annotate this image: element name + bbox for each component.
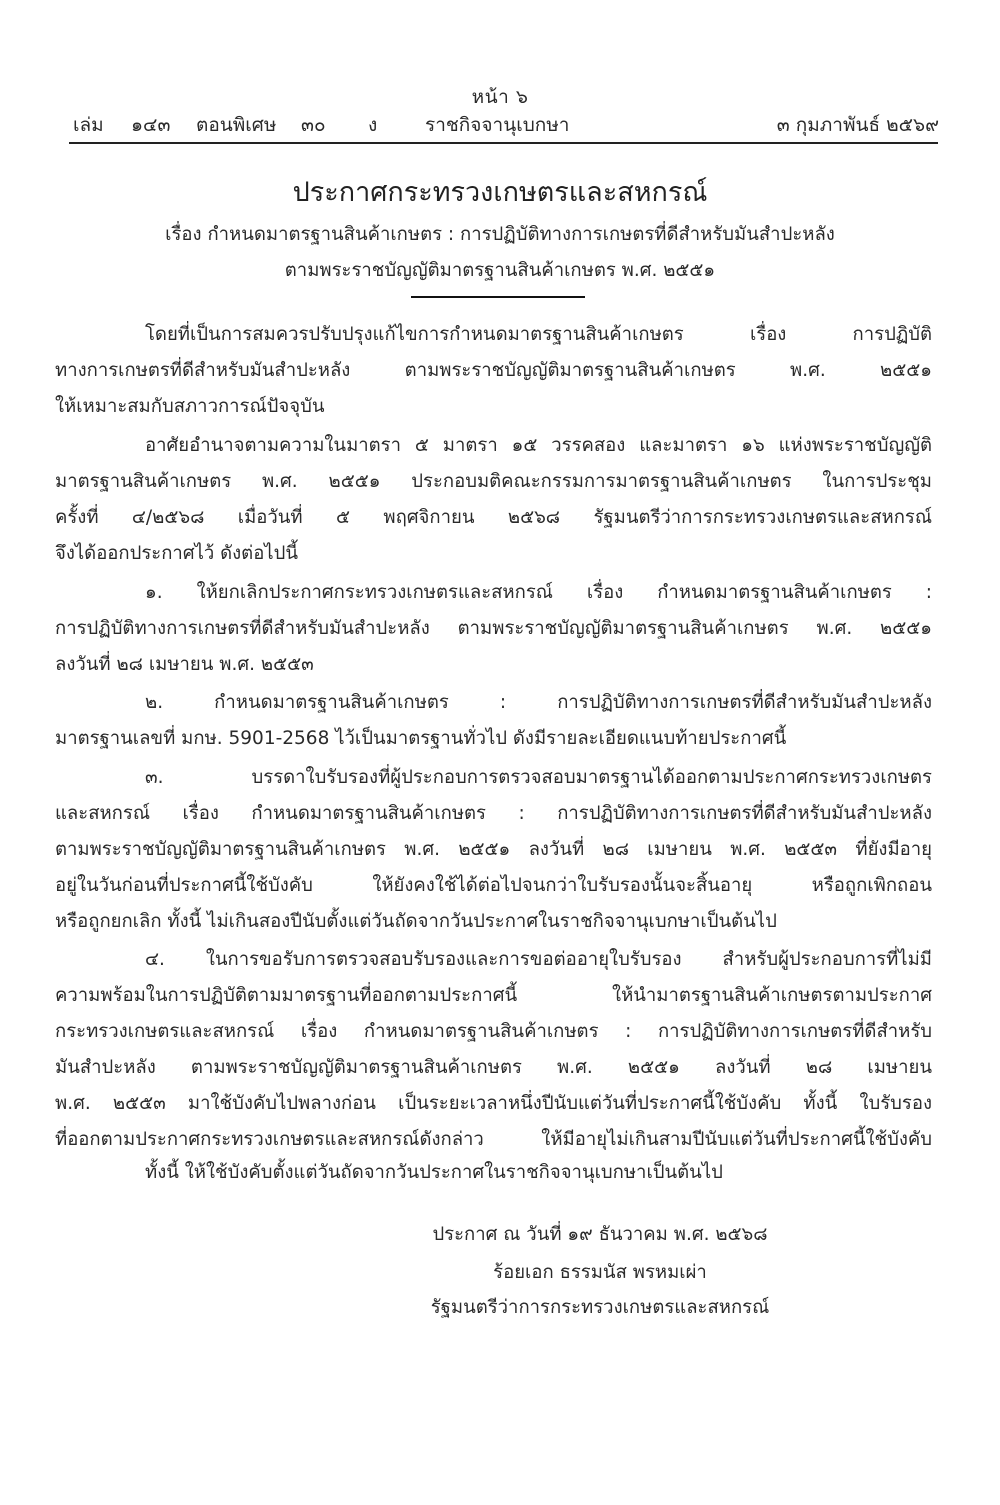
- section-label: ตอนพิเศษ: [196, 110, 276, 140]
- publish-date: ๓ กุมภาพันธ์ ๒๕๖๙: [777, 110, 939, 140]
- section-letter: ง: [368, 110, 377, 140]
- title-divider: [411, 296, 585, 298]
- clause-1-line: การปฏิบัติทางการเกษตรที่ดีสำหรับมันสำปะห…: [55, 614, 932, 643]
- clause-3-line: หรือถูกยกเลิก ทั้งนี้ ไม่เกินสองปีนับตั้…: [55, 907, 777, 936]
- preamble-line: โดยที่เป็นการสมควรปรับปรุงแก้ไขการกำหนดม…: [145, 320, 932, 349]
- clause-3-line: ๓. บรรดาใบรับรองที่ผู้ประกอบการตรวจสอบมา…: [145, 763, 932, 792]
- clause-2-line: มาตรฐานเลขที่ มกษ. 5901-2568 ไว้เป็นมาตร…: [55, 724, 786, 753]
- clause-2-line: ๒. กำหนดมาตรฐานสินค้าเกษตร : การปฏิบัติท…: [145, 688, 932, 717]
- clause-1-line: ลงวันที่ ๒๘ เมษายน พ.ศ. ๒๕๕๓: [55, 650, 314, 679]
- subject-line-1: เรื่อง กำหนดมาตรฐานสินค้าเกษตร : การปฏิบ…: [0, 220, 1000, 249]
- clause-3-line: ตามพระราชบัญญัติมาตรฐานสินค้าเกษตร พ.ศ. …: [55, 835, 932, 864]
- header-divider: [69, 142, 938, 144]
- clause-4-line: ๔. ในการขอรับการตรวจสอบรับรองและการขอต่อ…: [145, 945, 932, 974]
- authority-line: อาศัยอำนาจตามความในมาตรา ๕ มาตรา ๑๕ วรรค…: [145, 431, 932, 460]
- clause-4-line: พ.ศ. ๒๕๕๓ มาใช้บังคับไปพลางก่อน เป็นระยะ…: [55, 1089, 932, 1118]
- volume-label: เล่ม: [73, 110, 104, 140]
- document-title: ประกาศกระทรวงเกษตรและสหกรณ์: [0, 170, 1000, 213]
- subject-line-2: ตามพระราชบัญญัติมาตรฐานสินค้าเกษตร พ.ศ. …: [0, 256, 1000, 285]
- gazette-header: เล่ม ๑๔๓ ตอนพิเศษ ๓๐ ง ราชกิจจานุเบกษา ๓…: [73, 110, 939, 138]
- clause-4-line: กระทรวงเกษตรและสหกรณ์ เรื่อง กำหนดมาตรฐา…: [55, 1017, 932, 1046]
- section-number: ๓๐: [301, 110, 326, 140]
- authority-line: จึงได้ออกประกาศไว้ ดังต่อไปนี้: [55, 539, 298, 568]
- clause-3-line: อยู่ในวันก่อนที่ประกาศนี้ใช้บังคับ ให้ยั…: [55, 871, 932, 900]
- signatory-position: รัฐมนตรีว่าการกระทรวงเกษตรและสหกรณ์: [380, 1293, 820, 1322]
- effective-clause: ทั้งนี้ ให้ใช้บังคับตั้งแต่วันถัดจากวันป…: [145, 1158, 723, 1187]
- clause-4-line: ที่ออกตามประกาศกระทรวงเกษตรและสหกรณ์ดังก…: [55, 1125, 932, 1154]
- clause-4-line: ความพร้อมในการปฏิบัติตามมาตรฐานที่ออกตาม…: [55, 981, 932, 1010]
- preamble-line: ให้เหมาะสมกับสภาวการณ์ปัจจุบัน: [55, 392, 324, 421]
- volume-number: ๑๔๓: [131, 110, 170, 140]
- clause-3-line: และสหกรณ์ เรื่อง กำหนดมาตรฐานสินค้าเกษตร…: [55, 799, 932, 828]
- clause-4-line: มันสำปะหลัง ตามพระราชบัญญัติมาตรฐานสินค้…: [55, 1053, 932, 1082]
- signatory-name: ร้อยเอก ธรรมนัส พรหมเผ่า: [380, 1258, 820, 1287]
- gazette-name: ราชกิจจานุเบกษา: [425, 110, 569, 140]
- announcement-date: ประกาศ ณ วันที่ ๑๙ ธันวาคม พ.ศ. ๒๕๖๘: [380, 1220, 820, 1249]
- page-number: หน้า ๖: [0, 82, 1000, 112]
- clause-1-line: ๑. ให้ยกเลิกประกาศกระทรวงเกษตรและสหกรณ์ …: [145, 578, 932, 607]
- authority-line: มาตรฐานสินค้าเกษตร พ.ศ. ๒๕๕๑ ประกอบมติคณ…: [55, 467, 932, 496]
- preamble-line: ทางการเกษตรที่ดีสำหรับมันสำปะหลัง ตามพระ…: [55, 356, 932, 385]
- authority-line: ครั้งที่ ๔/๒๕๖๘ เมื่อวันที่ ๕ พฤศจิกายน …: [55, 503, 932, 532]
